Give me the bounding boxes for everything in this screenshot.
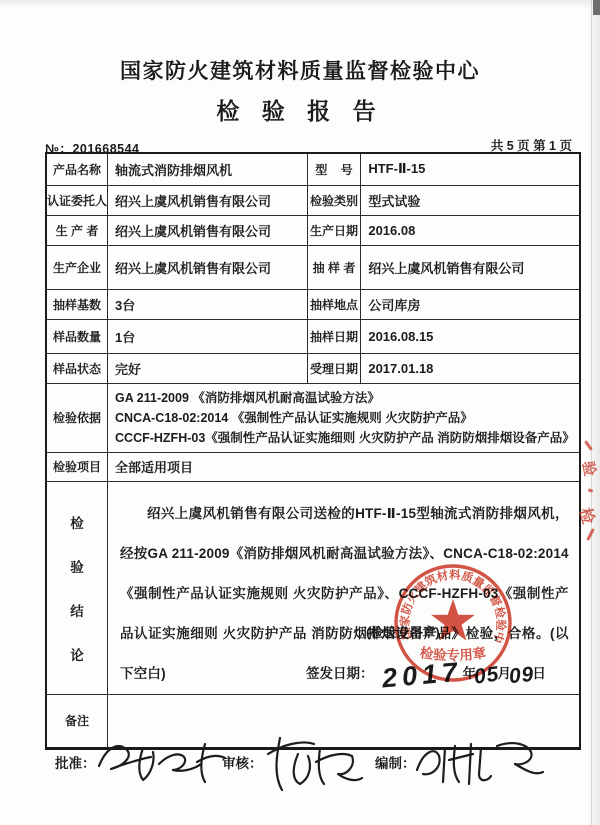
- field-label: 认证委托人: [46, 185, 108, 215]
- field-value: 2016.08: [361, 215, 580, 245]
- field-label: 生 产 者: [46, 215, 108, 245]
- report-title: 检 验 报 告: [0, 93, 600, 126]
- field-value: 公司库房: [361, 289, 580, 319]
- field-value: HTF-Ⅱ-15: [361, 153, 580, 185]
- field-label: 抽 样 者: [307, 245, 361, 289]
- field-value: 绍兴上虞风机销售有限公司: [361, 245, 580, 289]
- field-value: 轴流式消防排烟风机: [108, 153, 308, 185]
- field-label: 生产日期: [307, 215, 361, 245]
- conclusion-label-char: 结: [70, 600, 84, 620]
- field-label: 样品数量: [46, 319, 108, 353]
- field-label: 检验依据: [46, 383, 108, 452]
- field-value: 型式试验: [361, 185, 580, 215]
- table-row-items: 检验项目 全部适用项目: [46, 452, 580, 481]
- svg-text:检验专用章: 检验专用章: [419, 644, 488, 663]
- basis-line: CCCF-HZFH-03《强制性产品认证实施细则 火灾防护产品 消防防烟排烟设备…: [115, 428, 575, 448]
- table-row: 抽样基数 3台 抽样地点 公司库房: [46, 289, 580, 319]
- conclusion-label: 检 验 结 论: [46, 481, 108, 694]
- scan-corner-shadow: [593, 0, 600, 15]
- field-label: 检验类别: [307, 185, 361, 215]
- review-signature: [258, 732, 368, 794]
- org-name: 国家防火建筑材料质量监督检验中心: [0, 55, 600, 85]
- conclusion-label-char: 检: [70, 512, 84, 532]
- table-row: 生 产 者 绍兴上虞风机销售有限公司 生产日期 2016.08: [46, 215, 580, 245]
- field-label: 样品状态: [46, 353, 108, 383]
- seal-bottom-text: 检验专用章: [419, 644, 488, 663]
- approve-signature: [93, 736, 243, 788]
- prepare-field: 编制：: [375, 752, 416, 772]
- field-label: 受理日期: [307, 353, 361, 383]
- approve-field: 批准：: [55, 752, 96, 772]
- prepare-signature: [409, 736, 549, 790]
- seal-star-icon: [431, 599, 475, 641]
- table-row: 产品名称 轴流式消防排烟风机 型 号 HTF-Ⅱ-15: [46, 153, 580, 185]
- field-value: 2016.08.15: [361, 319, 580, 353]
- review-field: 审核：: [222, 752, 263, 772]
- field-label: 检验项目: [46, 452, 108, 481]
- table-row: 生产企业 绍兴上虞风机销售有限公司 抽 样 者 绍兴上虞风机销售有限公司: [46, 245, 580, 289]
- edge-seal-mark: [588, 488, 594, 493]
- field-label: 产品名称: [46, 153, 108, 185]
- conclusion-label-char: 验: [70, 556, 84, 576]
- table-row: 样品状态 完好 受理日期 2017.01.18: [46, 353, 580, 383]
- field-value: 完好: [108, 353, 308, 383]
- table-row-basis: 检验依据 GA 211-2009 《消防排烟风机耐高温试验方法》 CNCA-C1…: [46, 383, 580, 452]
- field-label: 型 号: [307, 153, 361, 185]
- conclusion-label-char: 论: [70, 644, 84, 664]
- basis-line: GA 211-2009 《消防排烟风机耐高温试验方法》: [115, 388, 575, 408]
- field-value: 绍兴上虞风机销售有限公司: [108, 185, 308, 215]
- field-value: 2017.01.18: [361, 353, 580, 383]
- field-value: 1台: [108, 319, 308, 353]
- field-label: 抽样日期: [307, 319, 361, 353]
- issue-date-label: 签发日期：: [306, 666, 374, 681]
- field-label: 抽样基数: [46, 289, 108, 319]
- basis-line: CNCA-C18-02:2014 《强制性产品认证实施规则 火灾防护产品》: [115, 408, 575, 428]
- table-row: 样品数量 1台 抽样日期 2016.08.15: [46, 319, 580, 353]
- inspection-seal-stamp: 国家防火建筑材料质量监督检验中心 检验专用章: [392, 562, 516, 686]
- field-label: 抽样地点: [307, 289, 361, 319]
- approve-label: 批准：: [55, 756, 96, 771]
- field-label: 生产企业: [46, 245, 108, 289]
- review-label: 审核：: [222, 756, 263, 771]
- field-value: 3台: [108, 289, 308, 319]
- basis-value: GA 211-2009 《消防排烟风机耐高温试验方法》 CNCA-C18-02:…: [108, 383, 580, 452]
- items-value: 全部适用项目: [108, 452, 580, 481]
- table-row: 认证委托人 绍兴上虞风机销售有限公司 检验类别 型式试验: [46, 185, 580, 215]
- field-value: 绍兴上虞风机销售有限公司: [108, 245, 308, 289]
- field-value: 绍兴上虞风机销售有限公司: [108, 215, 308, 245]
- edge-seal-char: 验: [578, 459, 600, 477]
